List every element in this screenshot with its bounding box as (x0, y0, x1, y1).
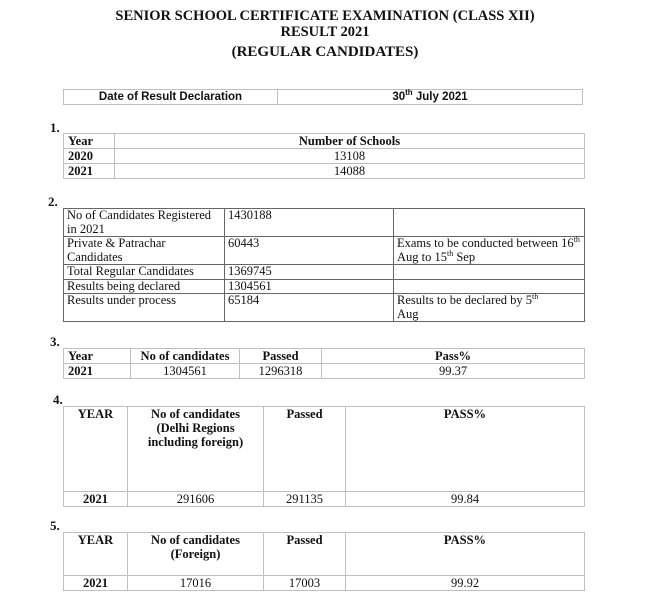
label-cell: Total Regular Candidates (64, 265, 225, 280)
declaration-label: Date of Result Declaration (64, 90, 278, 105)
year-cell: 2021 (64, 576, 128, 591)
header-cell: PASS% (346, 533, 585, 576)
header-cell: Passed (240, 349, 322, 364)
label-cell: No of Candidates Registered in 2021 (64, 209, 225, 237)
table-row: 2021 291606 291135 99.84 (64, 492, 585, 507)
pass-percent-cell: 99.92 (346, 576, 585, 591)
candidates-cell: 291606 (128, 492, 264, 507)
declaration-table: Date of Result Declaration 30th July 202… (63, 89, 583, 105)
value-cell: 1369745 (225, 265, 394, 280)
note-cell: Results to be declared by 5th Aug (394, 294, 585, 322)
declaration-date: 30th July 2021 (278, 90, 583, 105)
value-cell: 13108 (115, 149, 585, 164)
table-row: 2020 13108 (64, 149, 585, 164)
value-cell: 1304561 (225, 279, 394, 294)
note-cell (394, 279, 585, 294)
passed-cell: 291135 (264, 492, 346, 507)
note-cell: Exams to be conducted between 16th Aug t… (394, 237, 585, 265)
section-number: 5. (50, 518, 60, 534)
header-cell: YEAR (64, 533, 128, 576)
document-subtitle: RESULT 2021 (0, 24, 650, 41)
value-cell: 65184 (225, 294, 394, 322)
year-cell: 2021 (64, 364, 131, 379)
candidates-cell: 17016 (128, 576, 264, 591)
header-cell: No of candidates (Delhi Regions includin… (128, 407, 264, 492)
document-title: SENIOR SCHOOL CERTIFICATE EXAMINATION (C… (0, 8, 650, 25)
candidates-table: No of Candidates Registered in 2021 1430… (63, 208, 585, 322)
section-number: 4. (53, 392, 63, 408)
value-cell: 1430188 (225, 209, 394, 237)
value-cell: 14088 (115, 164, 585, 179)
overall-result-table: Year No of candidates Passed Pass% 2021 … (63, 348, 585, 379)
table-row: 2021 14088 (64, 164, 585, 179)
section-number: 1. (50, 120, 60, 136)
year-cell: 2021 (64, 492, 128, 507)
candidates-cell: 1304561 (131, 364, 240, 379)
section-number: 2. (48, 194, 58, 210)
header-cell: No of candidates (Foreign) (128, 533, 264, 576)
pass-percent-cell: 99.84 (346, 492, 585, 507)
header-cell: Number of Schools (115, 134, 585, 149)
label-cell: Results being declared (64, 279, 225, 294)
table-row: 2021 17016 17003 99.92 (64, 576, 585, 591)
table-row: Private & Patrachar Candidates 60443 Exa… (64, 237, 585, 265)
header-cell: YEAR (64, 407, 128, 492)
table-row: Results under process 65184 Results to b… (64, 294, 585, 322)
schools-table: Year Number of Schools 2020 13108 2021 1… (63, 133, 585, 179)
note-cell (394, 209, 585, 237)
header-cell: PASS% (346, 407, 585, 492)
header-cell: Pass% (322, 349, 585, 364)
table-row: Results being declared 1304561 (64, 279, 585, 294)
note-cell (394, 265, 585, 280)
year-cell: 2021 (64, 164, 115, 179)
label-cell: Results under process (64, 294, 225, 322)
passed-cell: 17003 (264, 576, 346, 591)
delhi-region-table: YEAR No of candidates (Delhi Regions inc… (63, 406, 585, 507)
section-number: 3. (50, 334, 60, 350)
table-row: No of Candidates Registered in 2021 1430… (64, 209, 585, 237)
foreign-table: YEAR No of candidates (Foreign) Passed P… (63, 532, 585, 591)
header-cell: Passed (264, 533, 346, 576)
header-cell: Year (64, 349, 131, 364)
table-row: 2021 1304561 1296318 99.37 (64, 364, 585, 379)
table-row: Total Regular Candidates 1369745 (64, 265, 585, 280)
year-cell: 2020 (64, 149, 115, 164)
value-cell: 60443 (225, 237, 394, 265)
header-cell: No of candidates (131, 349, 240, 364)
passed-cell: 1296318 (240, 364, 322, 379)
label-cell: Private & Patrachar Candidates (64, 237, 225, 265)
pass-percent-cell: 99.37 (322, 364, 585, 379)
candidate-type-heading: (REGULAR CANDIDATES) (0, 44, 650, 61)
header-cell: Year (64, 134, 115, 149)
header-cell: Passed (264, 407, 346, 492)
